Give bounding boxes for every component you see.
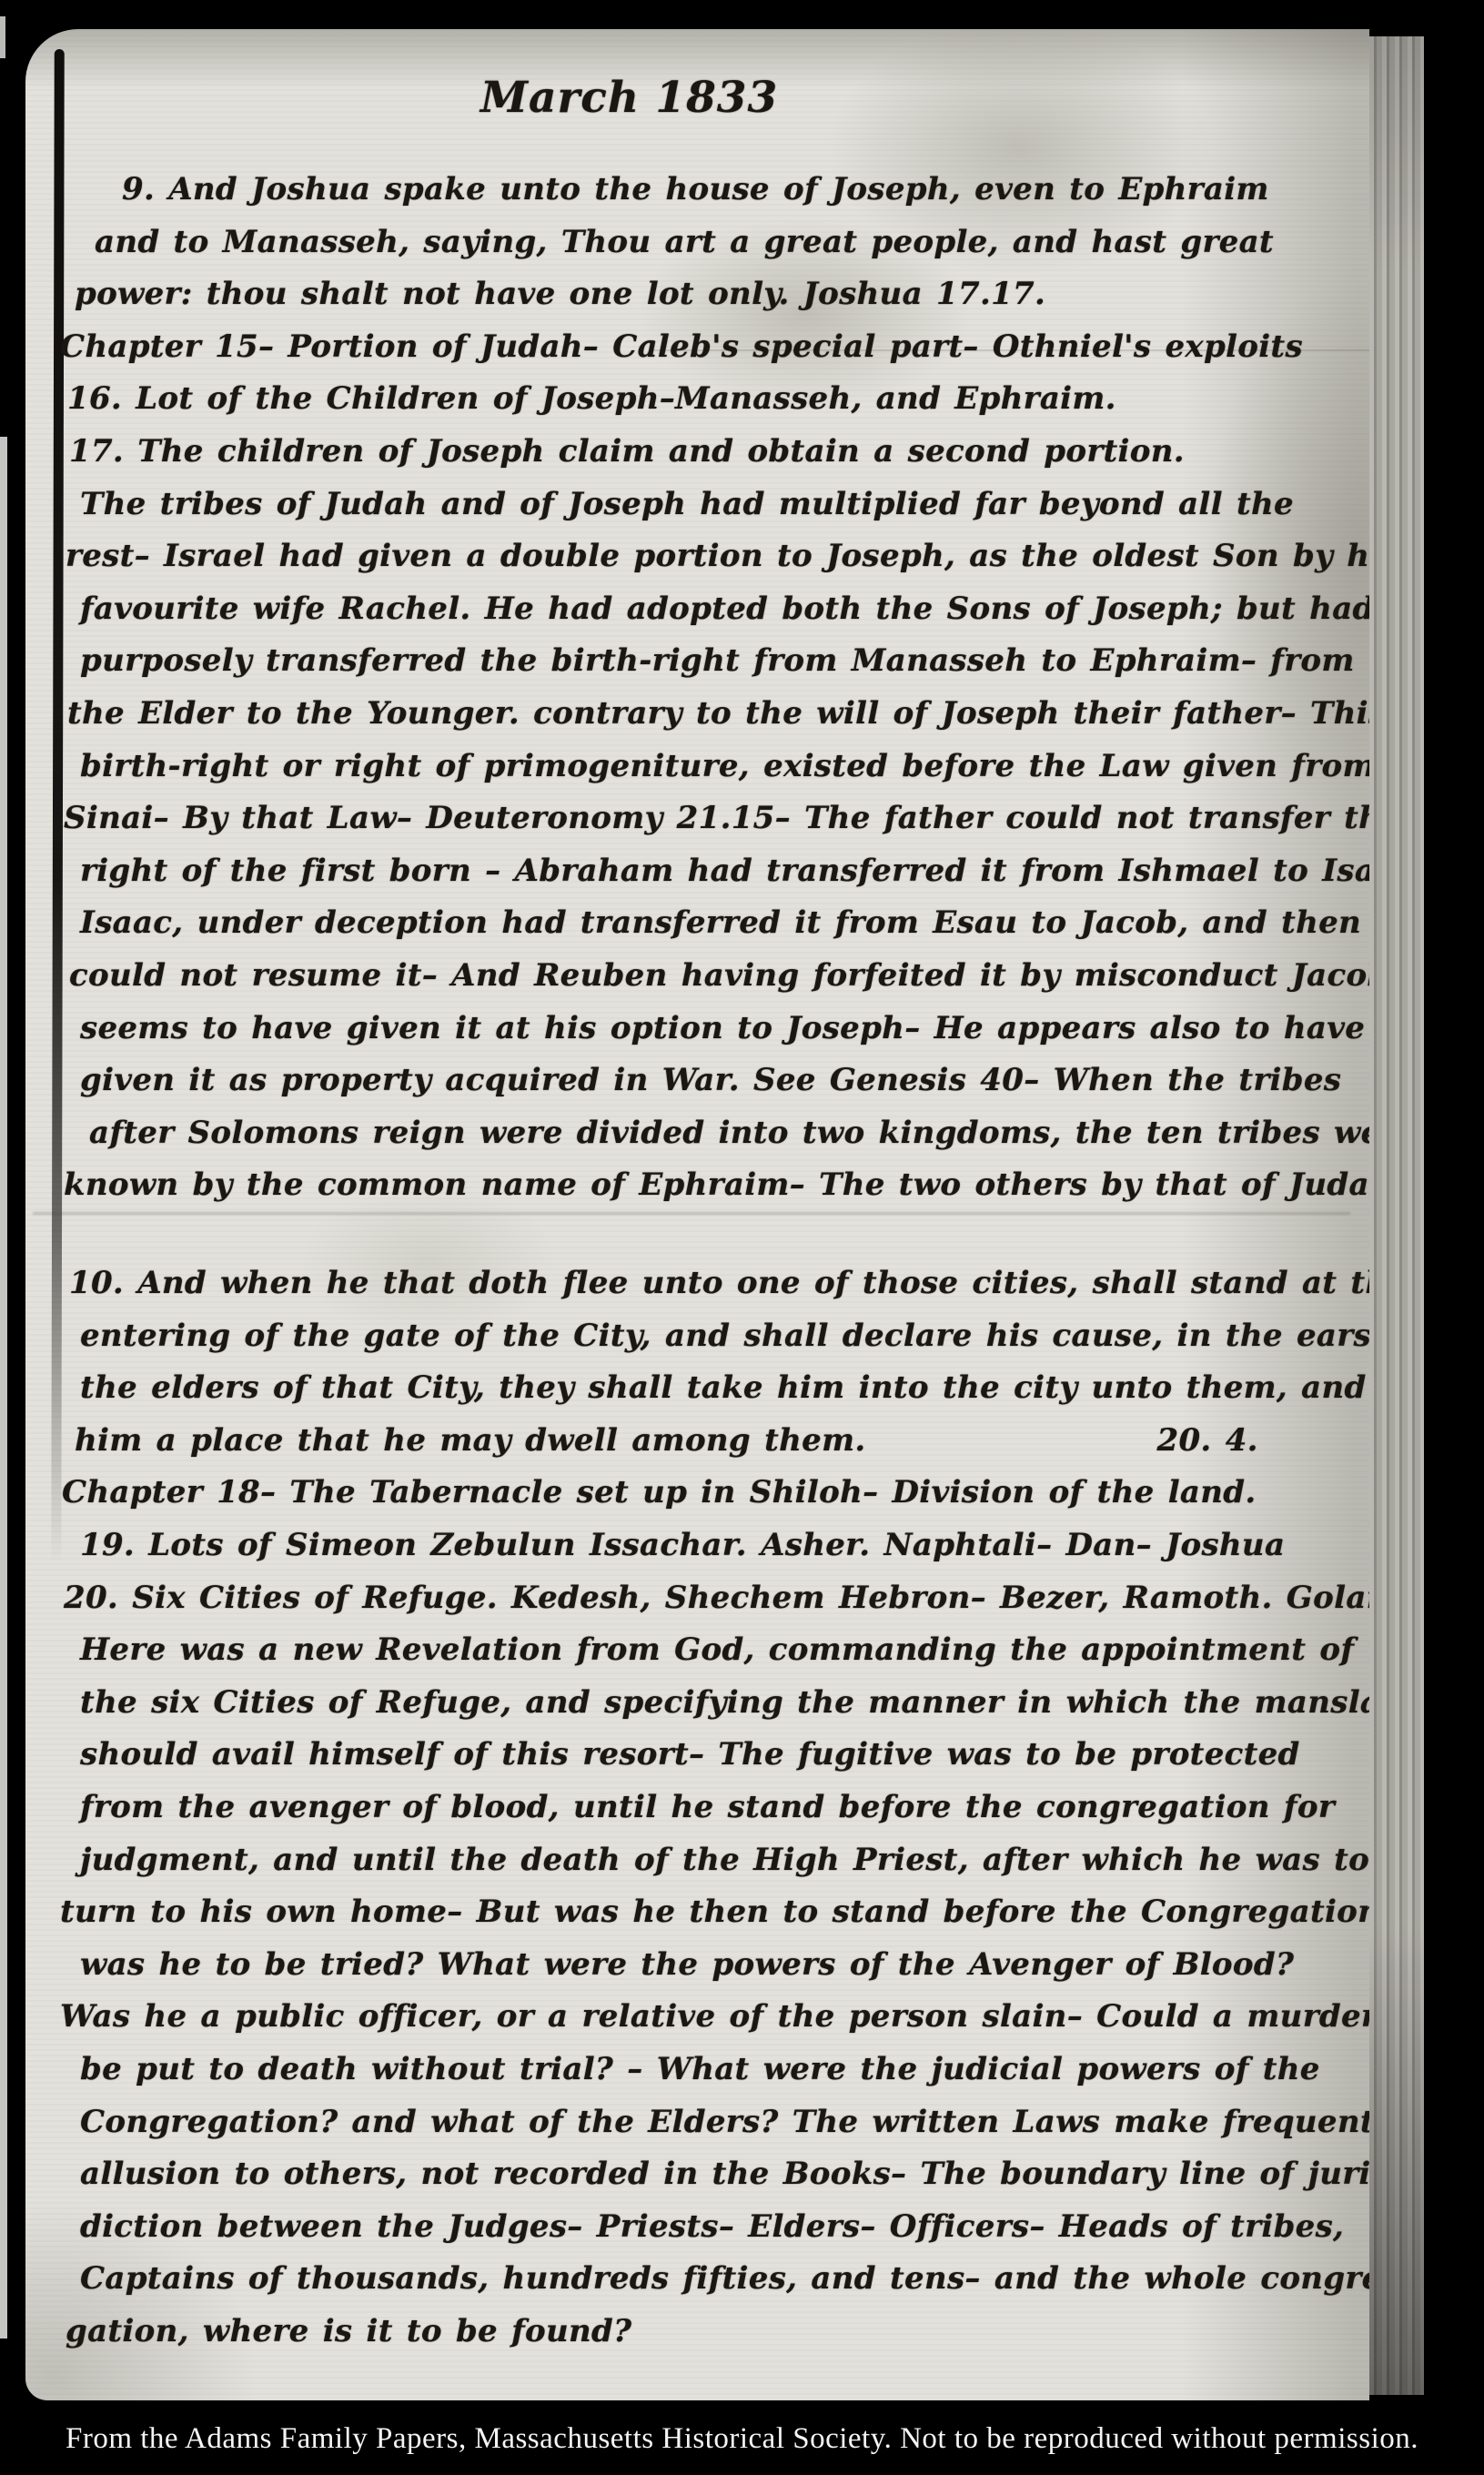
manuscript-line: favourite wife Rachel. He had adopted bo…	[80, 583, 1315, 636]
manuscript-page: March 1833 9. And Joshua spake unto the …	[25, 29, 1369, 2400]
film-edge-highlight	[0, 437, 7, 2339]
manuscript-line: given it as property acquired in War. Se…	[80, 1055, 1315, 1107]
page-date-heading: March 1833	[480, 73, 778, 123]
manuscript-line: 19. Lots of Simeon Zebulun Issachar. Ash…	[80, 1520, 1315, 1572]
page-edge-strip	[1369, 36, 1424, 2395]
manuscript-line: Sinai– By that Law– Deuteronomy 21.15– T…	[64, 793, 1315, 845]
manuscript-line: judgment, and until the death of the Hig…	[80, 1834, 1315, 1887]
film-edge-notch	[0, 16, 5, 58]
section-divider-line	[33, 1212, 1350, 1215]
manuscript-line: known by the common name of Ephraim– The…	[64, 1159, 1315, 1212]
archive-credit-text: From the Adams Family Papers, Massachuse…	[66, 2422, 1418, 2456]
manuscript-line: rest– Israel had given a double portion …	[66, 530, 1315, 583]
manuscript-line: Here was a new Revelation from God, comm…	[80, 1624, 1315, 1677]
manuscript-line: Was he a public officer, or a relative o…	[60, 1991, 1315, 2044]
manuscript-line: 9. And Joshua spake unto the house of Jo…	[122, 164, 1315, 217]
manuscript-line: purposely transferred the birth-right fr…	[80, 635, 1315, 688]
manuscript-line: should avail himself of this resort– The…	[80, 1729, 1315, 1782]
manuscript-line: Isaac, under deception had transferred i…	[80, 897, 1315, 950]
manuscript-line: the elders of that City, they shall take…	[80, 1362, 1315, 1415]
manuscript-line: seems to have given it at his option to …	[80, 1003, 1315, 1056]
manuscript-line: 20. Six Cities of Refuge. Kedesh, Sheche…	[64, 1572, 1315, 1625]
manuscript-line: turn to his own home– But was he then to…	[60, 1886, 1315, 1939]
archive-credit-bar: From the Adams Family Papers, Massachuse…	[0, 2402, 1484, 2475]
manuscript-line: The tribes of Judah and of Joseph had mu…	[80, 479, 1315, 531]
manuscript-line: the six Cities of Refuge, and specifying…	[80, 1677, 1315, 1730]
manuscript-line: was he to be tried? What were the powers…	[80, 1939, 1315, 1992]
journal-section-joshua-17: 9. And Joshua spake unto the house of Jo…	[60, 164, 1315, 1212]
manuscript-line-text: him a place that he may dwell among them…	[75, 1422, 866, 1459]
manuscript-line: 10. And when he that doth flee unto one …	[69, 1258, 1315, 1310]
manuscript-line: birth-right or right of primogeniture, e…	[80, 741, 1315, 793]
manuscript-line: entering of the gate of the City, and sh…	[80, 1310, 1315, 1363]
manuscript-line: gation, where is it to be found?	[66, 2306, 1315, 2359]
manuscript-line: him a place that he may dwell among them…	[75, 1415, 1315, 1468]
journal-section-joshua-20: 10. And when he that doth flee unto one …	[60, 1258, 1315, 2358]
manuscript-line: allusion to others, not recorded in the …	[80, 2148, 1315, 2201]
manuscript-line: Congregation? and what of the Elders? Th…	[80, 2096, 1315, 2149]
manuscript-line: Chapter 15– Portion of Judah– Caleb's sp…	[60, 321, 1315, 374]
manuscript-line: be put to death without trial? – What we…	[80, 2044, 1315, 2096]
manuscript-line: could not resume it– And Reuben having f…	[69, 950, 1315, 1003]
manuscript-line: after Solomons reign were divided into t…	[89, 1107, 1315, 1160]
manuscript-line: 17. The children of Joseph claim and obt…	[69, 426, 1315, 479]
manuscript-line: diction between the Judges– Priests– Eld…	[80, 2201, 1315, 2254]
manuscript-line: from the avenger of blood, until he stan…	[80, 1782, 1315, 1834]
manuscript-photo: March 1833 9. And Joshua spake unto the …	[0, 0, 1484, 2475]
manuscript-line: power: thou shalt not have one lot only.…	[75, 268, 1315, 321]
manuscript-line: the Elder to the Younger. contrary to th…	[67, 688, 1315, 741]
manuscript-line: right of the first born – Abraham had tr…	[80, 845, 1315, 898]
manuscript-line: Captains of thousands, hundreds fifties,…	[80, 2253, 1315, 2306]
manuscript-line: 16. Lot of the Children of Joseph–Manass…	[67, 373, 1315, 426]
manuscript-line: Chapter 18– The Tabernacle set up in Shi…	[62, 1467, 1315, 1520]
verse-citation: 20. 4.	[1157, 1422, 1258, 1459]
manuscript-line: and to Manasseh, saying, Thou art a grea…	[95, 217, 1315, 269]
